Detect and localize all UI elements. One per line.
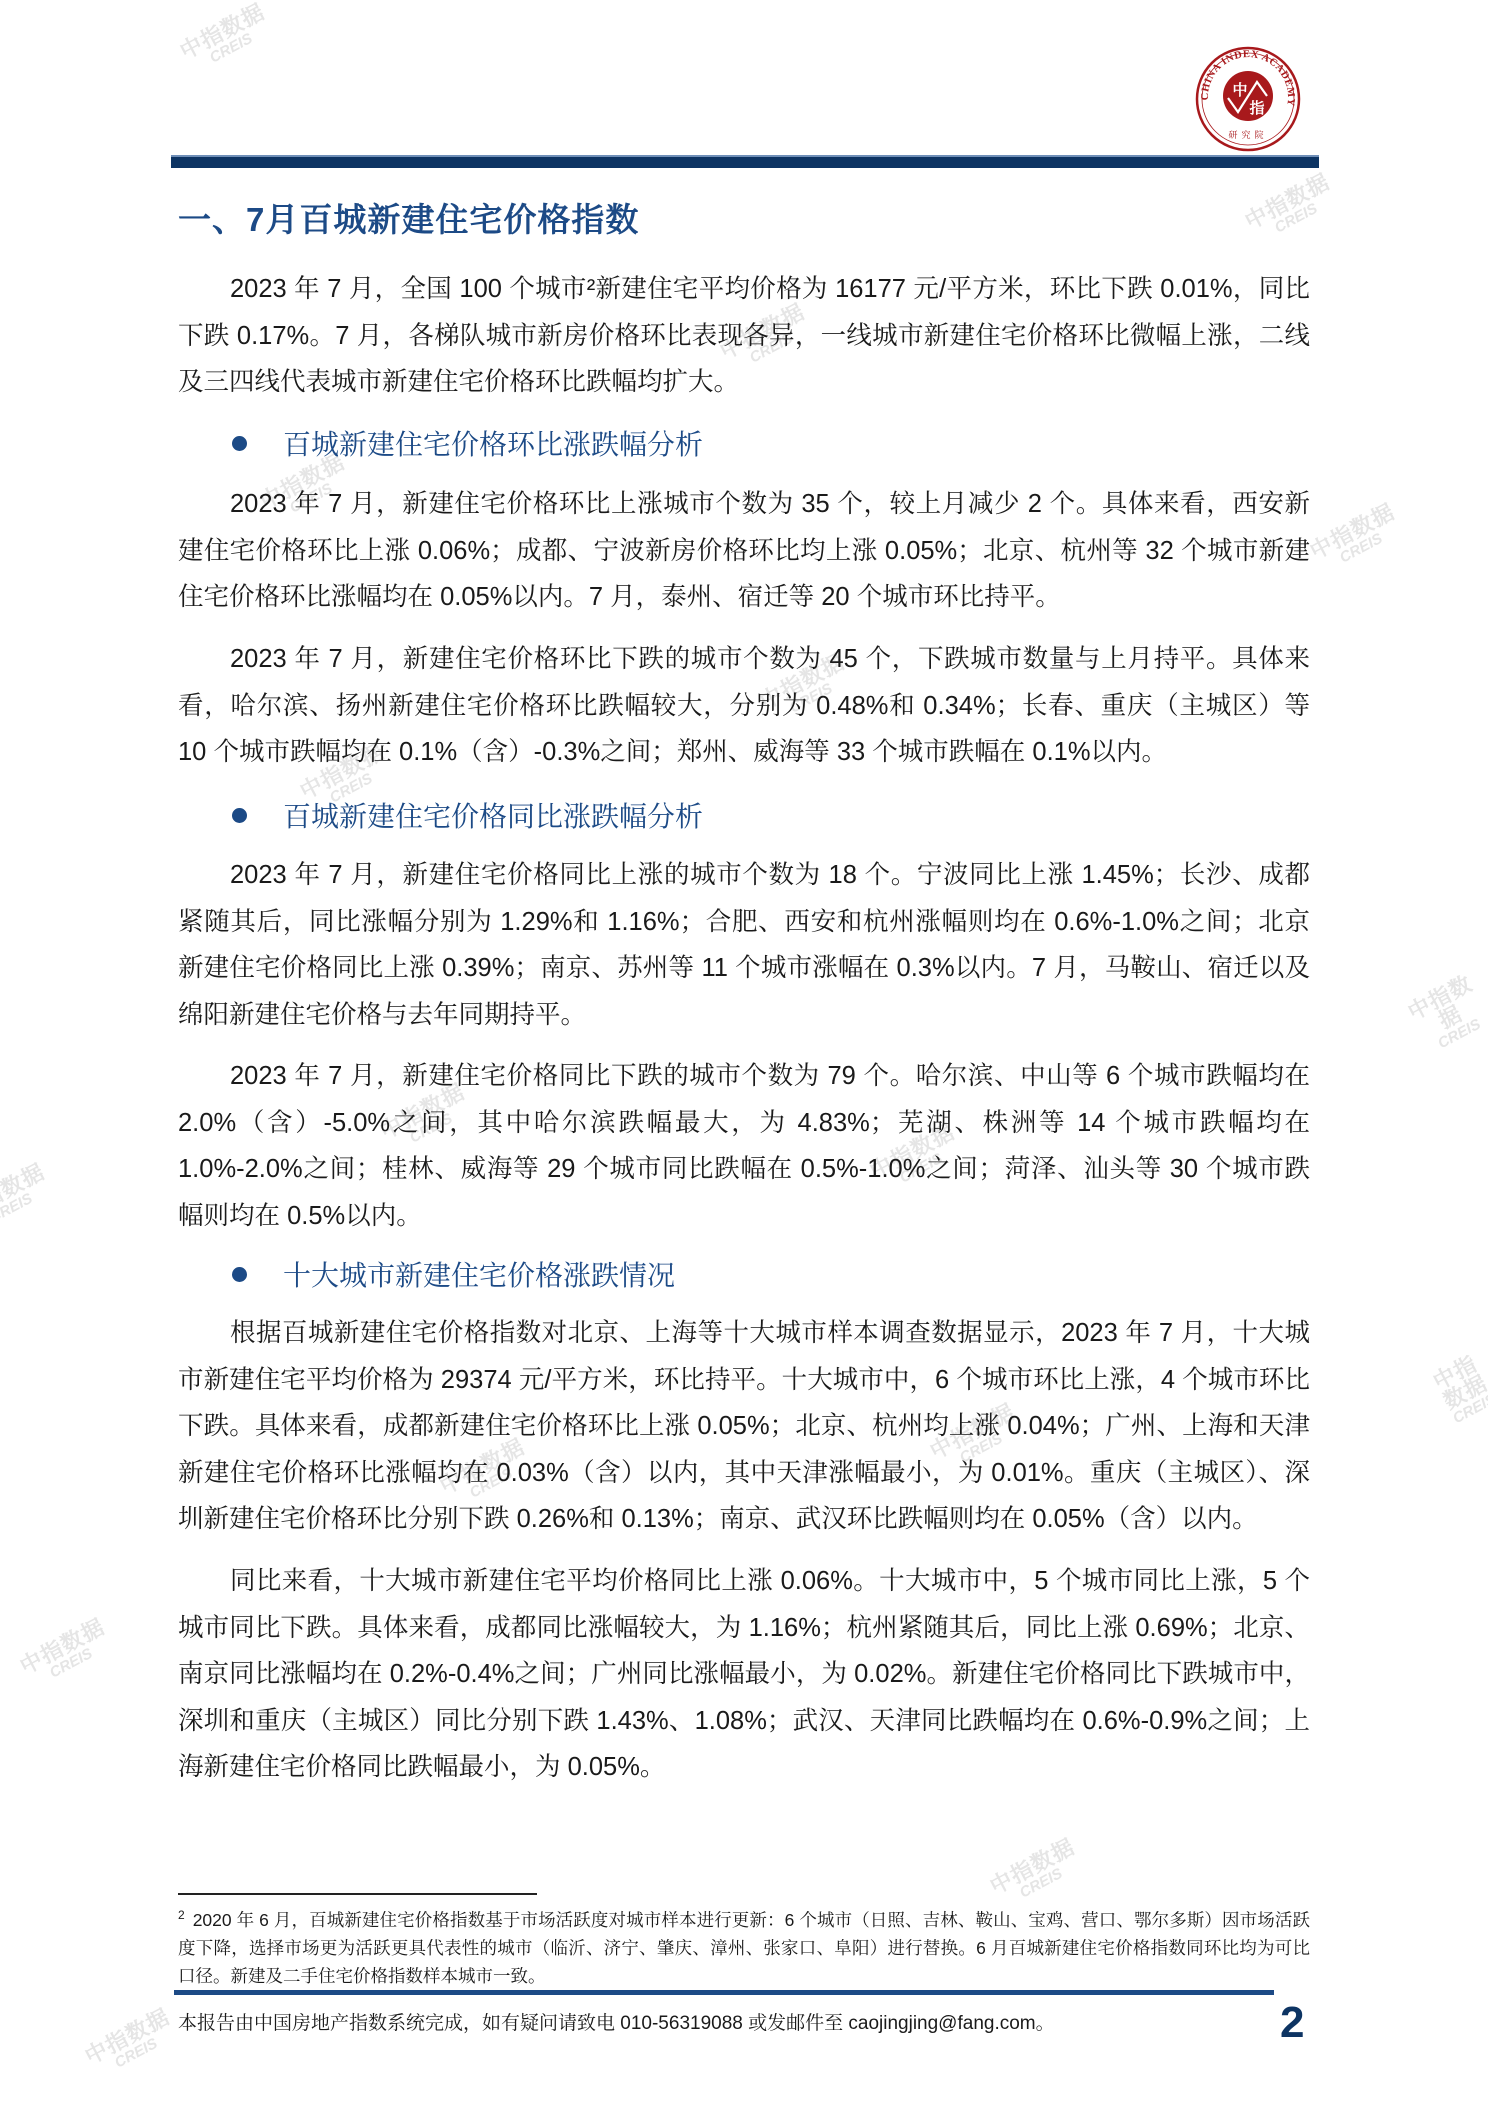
watermark: 中指数据CREIS xyxy=(1242,171,1341,247)
subheading-text: 百城新建住宅价格同比涨跌幅分析 xyxy=(283,795,703,835)
paragraph-block: 2023 年 7 月，新建住宅价格同比下跌的城市个数为 79 个。哈尔滨、中山等… xyxy=(178,1053,1310,1239)
footer-rule xyxy=(174,1990,1274,1995)
footnote: 22020 年 6 月，百城新建住宅价格指数基于市场活跃度对城市样本进行更新：6… xyxy=(178,1906,1310,1990)
footnote-marker: 2 xyxy=(178,1908,185,1922)
paragraph: 根据百城新建住宅价格指数对北京、上海等十大城市样本调查数据显示，2023 年 7… xyxy=(178,1310,1310,1543)
china-index-academy-logo: CHINA INDEX ACADEMY 中 指 研究院 xyxy=(1195,46,1301,152)
subheading-text: 十大城市新建住宅价格涨跌情况 xyxy=(283,1254,675,1294)
paragraph-block: 2023 年 7 月，新建住宅价格同比上涨的城市个数为 18 个。宁波同比上涨 … xyxy=(178,852,1310,1038)
bullet-icon xyxy=(232,808,247,823)
logo-seal-icon: CHINA INDEX ACADEMY 中 指 研究院 xyxy=(1195,46,1301,152)
watermark: 中指数据CREIS xyxy=(1401,970,1488,1059)
footnote-rule xyxy=(178,1893,537,1895)
svg-text:中: 中 xyxy=(1232,81,1247,99)
paragraph: 2023 年 7 月，新建住宅价格同比上涨的城市个数为 18 个。宁波同比上涨 … xyxy=(178,852,1310,1038)
subheading-yoy-analysis: 百城新建住宅价格同比涨跌幅分析 xyxy=(232,795,703,835)
footer-contact-text: 本报告由中国房地产指数系统完成，如有疑问请致电 010-56319088 或发邮… xyxy=(178,2008,1055,2035)
watermark: 中指数据CREIS xyxy=(987,1836,1086,1912)
page-number: 2 xyxy=(1280,1998,1304,2048)
bullet-icon xyxy=(232,436,247,451)
watermark: 中指数据CREIS xyxy=(1307,501,1406,577)
svg-text:研究院: 研究院 xyxy=(1228,129,1267,141)
paragraph: 2023 年 7 月，全国 100 个城市²新建住宅平均价格为 16177 元/… xyxy=(178,266,1310,406)
footnote-text: 2020 年 6 月，百城新建住宅价格指数基于市场活跃度对城市样本进行更新：6 … xyxy=(178,1910,1310,1986)
subheading-ten-cities: 十大城市新建住宅价格涨跌情况 xyxy=(232,1254,675,1294)
svg-text:指: 指 xyxy=(1248,99,1264,117)
paragraph-block: 2023 年 7 月，新建住宅价格环比上涨城市个数为 35 个，较上月减少 2 … xyxy=(178,481,1310,621)
bullet-icon xyxy=(232,1267,247,1282)
paragraph: 2023 年 7 月，新建住宅价格环比下跌的城市个数为 45 个，下跌城市数量与… xyxy=(178,636,1310,776)
watermark: 中指数据CREIS xyxy=(17,1616,116,1692)
watermark: 中指数据CREIS xyxy=(82,2006,181,2082)
header-rule xyxy=(171,157,1319,168)
intro-paragraph-block: 2023 年 7 月，全国 100 个城市²新建住宅平均价格为 16177 元/… xyxy=(178,266,1310,406)
subheading-mom-analysis: 百城新建住宅价格环比涨跌幅分析 xyxy=(232,423,703,463)
subheading-text: 百城新建住宅价格环比涨跌幅分析 xyxy=(283,423,703,463)
paragraph-block: 2023 年 7 月，新建住宅价格环比下跌的城市个数为 45 个，下跌城市数量与… xyxy=(178,636,1310,776)
watermark: 中指数据CREIS xyxy=(1429,1352,1488,1427)
watermark: 中指数据CREIS xyxy=(177,1,276,77)
paragraph-block: 根据百城新建住宅价格指数对北京、上海等十大城市样本调查数据显示，2023 年 7… xyxy=(178,1310,1310,1543)
paragraph: 2023 年 7 月，新建住宅价格环比上涨城市个数为 35 个，较上月减少 2 … xyxy=(178,481,1310,621)
paragraph: 同比来看，十大城市新建住宅平均价格同比上涨 0.06%。十大城市中，5 个城市同… xyxy=(178,1558,1310,1791)
section-title: 一、7月百城新建住宅价格指数 xyxy=(178,194,639,241)
paragraph: 2023 年 7 月，新建住宅价格同比下跌的城市个数为 79 个。哈尔滨、中山等… xyxy=(178,1053,1310,1239)
paragraph-block: 同比来看，十大城市新建住宅平均价格同比上涨 0.06%。十大城市中，5 个城市同… xyxy=(178,1558,1310,1791)
watermark: 中指数据CREIS xyxy=(0,1161,55,1237)
